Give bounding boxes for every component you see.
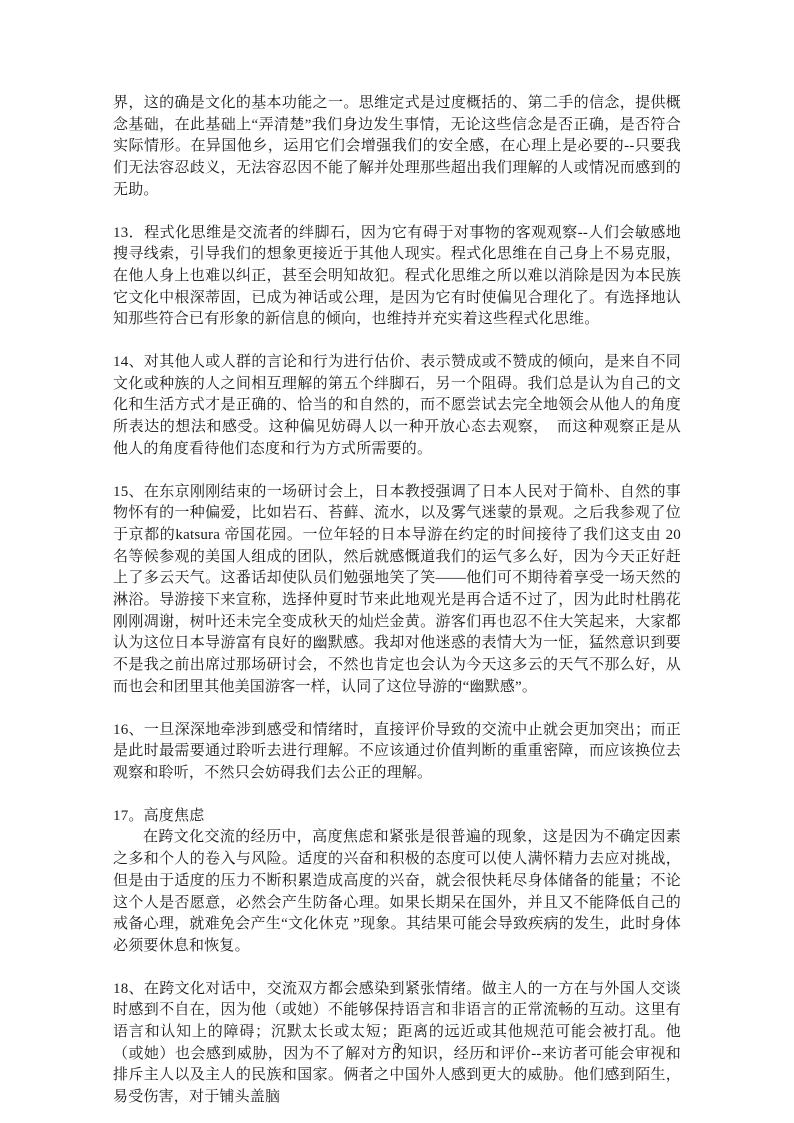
section-17-body: 在跨文化交流的经历中，高度焦虑和紧张是很普遍的现象，这是因为不确定因素之多和个人… <box>113 827 681 957</box>
paragraph-14: 14、对其他人或人群的言论和行为进行估价、表示赞成或不赞成的倾向，是来自不同文化… <box>113 352 681 461</box>
paragraph-15: 15、在东京刚刚结束的一场研讨会上，日本教授强调了日本人民对于简朴、自然的事物怀… <box>113 482 681 699</box>
section-17-heading: 17。高度焦虑 <box>113 806 681 828</box>
document-page: 界，这的确是文化的基本功能之一。思维定式是过度概括的、第二手的信念，提供概念基础… <box>0 0 794 1123</box>
paragraph-16: 16、一旦深深地牵涉到感受和情绪时，直接评价导致的交流中止就会更加突出；而正是此… <box>113 720 681 785</box>
paragraph-13: 13．程式化思维是交流者的绊脚石，因为它有碍于对事物的客观观察--人们会敏感地搜… <box>113 223 681 332</box>
page-number: 3 <box>0 1040 794 1058</box>
paragraph-12-continuation: 界，这的确是文化的基本功能之一。思维定式是过度概括的、第二手的信念，提供概念基础… <box>113 93 681 202</box>
